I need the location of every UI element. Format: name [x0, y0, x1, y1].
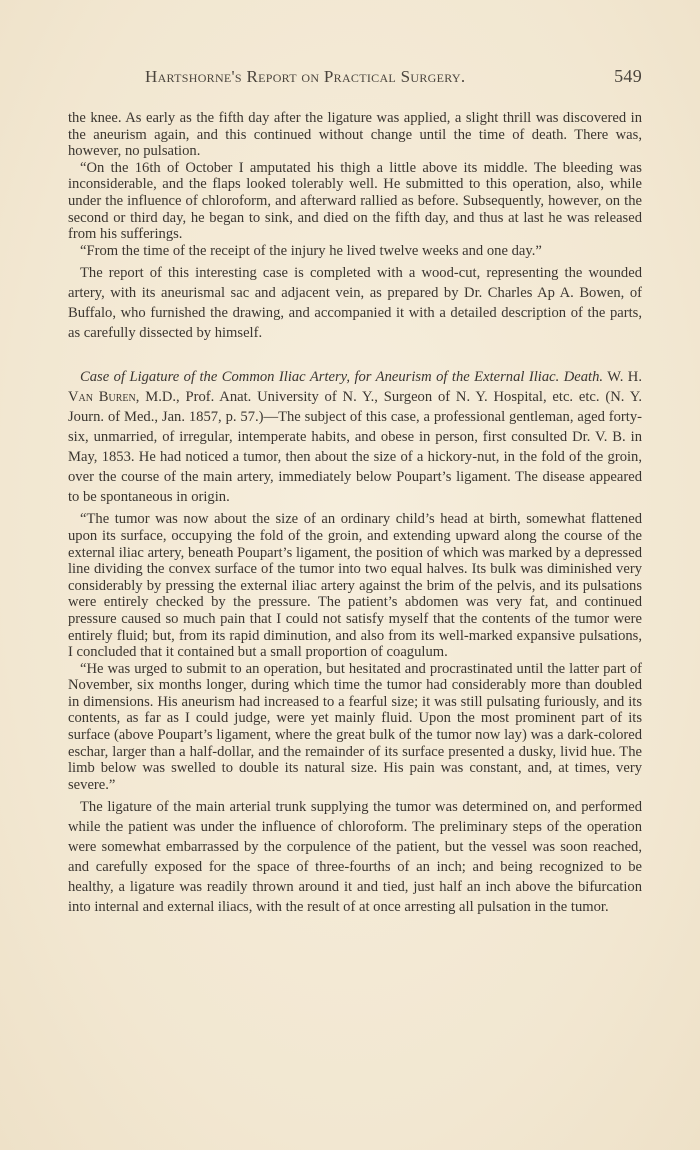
paragraph-ligature: The ligature of the main arterial trunk … [68, 797, 642, 917]
paragraph-case-heading: Case of Ligature of the Common Iliac Art… [68, 367, 642, 507]
paragraph-survival-quote: “From the time of the receipt of the inj… [68, 243, 642, 260]
book-page: Hartshorne's Report on Practical Surgery… [0, 0, 700, 1150]
paragraph-amputation-quote: “On the 16th of October I amputated his … [68, 160, 642, 243]
paragraph-tumor-description: “The tumor was now about the size of an … [68, 511, 642, 660]
running-header: Hartshorne's Report on Practical Surgery… [145, 66, 642, 87]
running-title: Hartshorne's Report on Practical Surgery… [145, 67, 465, 87]
page-number: 549 [614, 66, 642, 87]
paragraph-woodcut-note: The report of this interesting case is c… [68, 263, 642, 343]
page-body: the knee. As early as the fifth day afte… [68, 110, 642, 917]
paragraph-operation-delay: “He was urged to submit to an operation,… [68, 661, 642, 794]
author-name: Van Buren [68, 389, 136, 405]
case-title: Case of Ligature of the Common Iliac Art… [80, 369, 603, 385]
author-prefix: W. H. [603, 369, 642, 385]
paragraph-continuation: the knee. As early as the fifth day afte… [68, 110, 642, 160]
case-body: , M.D., Prof. Anat. University of N. Y.,… [68, 389, 642, 505]
